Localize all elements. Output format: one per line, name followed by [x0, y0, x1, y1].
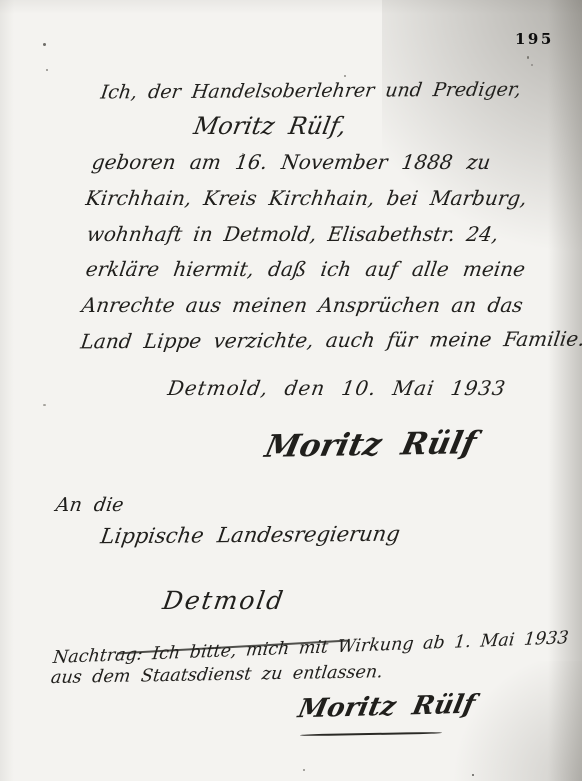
letter-line-6: erkläre hiermit, daß ich auf alle meine [84, 257, 526, 281]
ink-speck [303, 769, 305, 771]
signature-underline-flourish [300, 732, 442, 736]
address-city: Detmold [161, 586, 287, 615]
letter-line-3: geboren am 16. November 1888 zu [90, 150, 492, 174]
ink-speck [344, 75, 346, 77]
page-number: 195 [515, 30, 554, 48]
ink-speck [43, 43, 46, 46]
scan-shadow-left [0, 0, 14, 781]
signature-postscript: Moritz Rülf [295, 690, 477, 725]
scan-shadow-bottom-right-corner [442, 661, 582, 781]
ink-speck [46, 69, 48, 71]
letter-line-1: Ich, der Handelsoberlehrer und Prediger, [99, 79, 522, 104]
address-recipient: Lippische Landesregierung [99, 522, 402, 549]
letter-line-8: Land Lippe verzichte, auch für meine Fam… [79, 327, 582, 354]
letter-line-7: Anrechte aus meinen Ansprüchen an das [80, 293, 524, 317]
ink-speck [242, 153, 244, 155]
ink-speck [527, 56, 529, 59]
letter-line-4: Kirchhain, Kreis Kirchhain, bei Marburg, [84, 186, 528, 210]
date-line: Detmold, den 10. Mai 1933 [166, 376, 508, 400]
letter-line-2-name: Moritz Rülf, [192, 112, 349, 140]
ink-speck [531, 64, 533, 66]
signature-main: Moritz Rülf [262, 425, 480, 465]
address-salutation: An die [54, 494, 125, 516]
ink-speck [43, 404, 46, 406]
ink-speck [472, 774, 474, 776]
scanned-document-page: 195 Ich, der Handelsoberlehrer und Predi… [0, 0, 582, 781]
letter-line-5: wohnhaft in Detmold, Elisabethstr. 24, [85, 222, 500, 246]
